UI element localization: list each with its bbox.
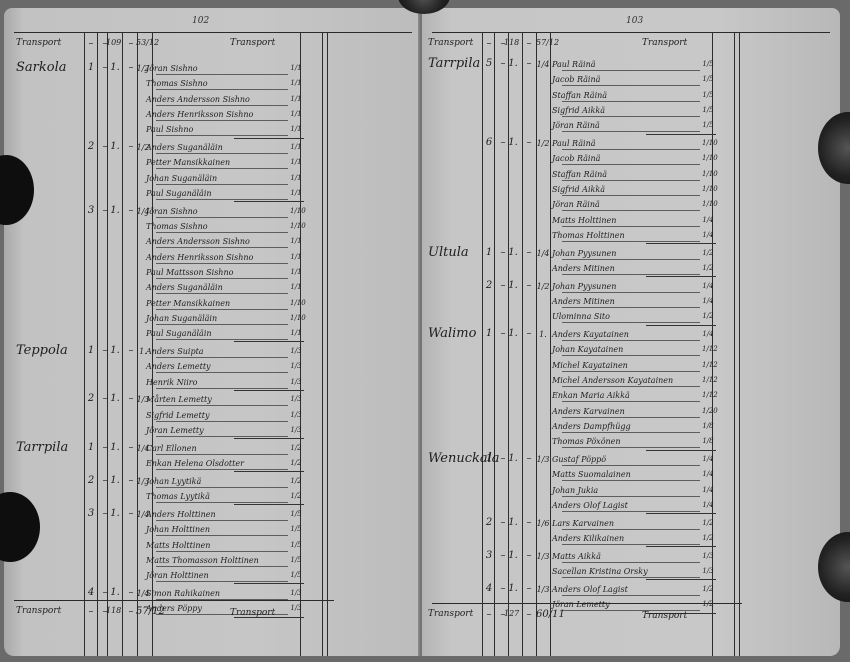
- person-name: Anders Suipta: [146, 347, 204, 356]
- leader-line: [156, 535, 288, 536]
- tax-share: 1/1: [290, 329, 302, 337]
- leader-line: [562, 180, 700, 181]
- leader-line: [562, 577, 700, 578]
- column-value: 1.: [506, 247, 520, 258]
- column-value: 1.: [108, 508, 122, 519]
- farm-number: 1: [482, 453, 496, 464]
- tax-share: 1/3: [290, 347, 302, 355]
- tax-share: 1/20: [702, 407, 714, 415]
- leader-line: [562, 386, 700, 387]
- group-bracket: [646, 546, 716, 547]
- leader-line: [562, 164, 700, 165]
- group-bracket: [646, 276, 716, 277]
- leader-line: [156, 599, 288, 600]
- transport-label: Transport: [16, 38, 61, 48]
- leader-line: [562, 562, 700, 563]
- group-bracket: [234, 201, 304, 202]
- person-name: Anders Lemetty: [146, 362, 211, 371]
- tax-share: 1/3: [702, 567, 714, 575]
- farm-number: 3: [84, 205, 98, 216]
- tax-share: 1/1: [290, 64, 302, 72]
- person-name: Petter Mansikkainen: [146, 158, 230, 167]
- person-name: Anders Olof Lagist: [552, 501, 628, 510]
- tax-share: 1/2: [702, 519, 714, 527]
- person-name: Jacob Räinä: [552, 75, 600, 84]
- leader-line: [562, 371, 700, 372]
- tax-share: 1/1: [290, 189, 302, 197]
- column-value: 1.: [506, 280, 520, 291]
- tax-share: 1/1: [290, 253, 302, 261]
- tax-share: 1/3: [702, 552, 714, 560]
- fraction-value: 1.: [536, 330, 550, 339]
- column-value: –: [482, 609, 496, 620]
- leader-line: [562, 195, 700, 196]
- person-name: Johan Jukia: [552, 486, 598, 495]
- village-name: Sarkola: [16, 60, 66, 75]
- column-value: –: [522, 609, 536, 620]
- group-bracket: [646, 243, 716, 244]
- tax-share: 1/2: [290, 459, 302, 467]
- group-bracket: [646, 513, 716, 514]
- column-value: 118: [106, 606, 120, 615]
- column-value: –: [522, 247, 536, 258]
- tax-share: 1/4: [702, 455, 714, 463]
- column-value: 1.: [108, 62, 122, 73]
- group-bracket: [234, 504, 304, 505]
- leader-line: [562, 259, 700, 260]
- tax-share: 1/1: [290, 268, 302, 276]
- person-name: Sigfrid Lemetty: [146, 411, 209, 420]
- leader-line: [562, 496, 700, 497]
- tax-share: 1/5: [702, 75, 714, 83]
- leader-line: [562, 149, 700, 150]
- person-name: Johan Kayatainen: [552, 345, 623, 354]
- person-name: Anders Karvainen: [552, 407, 625, 416]
- leader-line: [562, 85, 700, 86]
- tax-share: 1/1: [290, 125, 302, 133]
- tax-share: 1/5: [290, 571, 302, 579]
- leader-line: [156, 168, 288, 169]
- tax-share: 1/5: [702, 91, 714, 99]
- column-value: 118: [504, 38, 518, 47]
- column-value: –: [522, 58, 536, 69]
- person-name: Thomas Sishno: [146, 79, 208, 88]
- person-name: Johan Pyysunen: [552, 282, 616, 291]
- farm-number: 5: [482, 58, 496, 69]
- leader-line: [562, 340, 700, 341]
- leader-line: [562, 274, 700, 275]
- column-value: 1.: [108, 587, 122, 598]
- column-rule: [522, 32, 523, 656]
- person-name: Enkan Maria Aikkä: [552, 391, 630, 400]
- person-name: Anders Mitinen: [552, 297, 615, 306]
- leader-line: [156, 263, 288, 264]
- leader-line: [562, 432, 700, 433]
- person-name: Johan Holttinen: [146, 525, 210, 534]
- person-name: Gustaf Pöppö: [552, 455, 606, 464]
- column-rule: [327, 32, 328, 656]
- leader-line: [156, 217, 288, 218]
- farm-number: 3: [84, 508, 98, 519]
- leader-line: [562, 447, 700, 448]
- person-name: Matts Thomasson Holttinen: [146, 556, 259, 565]
- column-rule: [508, 32, 509, 656]
- page-number: 102: [192, 16, 209, 26]
- person-name: Matts Holttinen: [552, 216, 616, 225]
- tax-share: 1/10: [702, 154, 714, 162]
- transport-label: Transport: [642, 38, 687, 48]
- leader-line: [156, 74, 288, 75]
- tax-share: 1/2: [702, 600, 714, 608]
- tax-share: 1/8: [702, 437, 714, 445]
- leader-line: [562, 307, 700, 308]
- tax-share: 1/1: [290, 283, 302, 291]
- fraction-value: 1/6: [536, 519, 550, 528]
- tax-share: 1/1: [290, 110, 302, 118]
- person-name: Anders Henriksson Sishno: [146, 110, 253, 119]
- leader-line: [562, 401, 700, 402]
- person-name: Anders Suganäläin: [146, 143, 223, 152]
- tax-share: 1/10: [290, 314, 302, 322]
- column-rule: [536, 32, 537, 656]
- column-value: –: [522, 137, 536, 148]
- leader-line: [156, 89, 288, 90]
- fraction-value: 60/11: [536, 609, 550, 620]
- farm-number: 1: [482, 247, 496, 258]
- column-value: –: [522, 328, 536, 339]
- group-bracket: [234, 390, 304, 391]
- column-rule: [322, 32, 323, 656]
- leader-line: [156, 405, 288, 406]
- farm-number: 3: [482, 550, 496, 561]
- village-name: Ultula: [428, 245, 469, 260]
- farm-number: 1: [84, 345, 98, 356]
- farm-number: 1: [84, 442, 98, 453]
- person-name: Anders Suganäläin: [146, 283, 223, 292]
- farm-number: 4: [482, 583, 496, 594]
- column-value: –: [84, 38, 98, 49]
- village-name: Teppola: [16, 343, 68, 358]
- column-rule: [734, 32, 735, 656]
- column-value: –: [522, 517, 536, 528]
- farm-number: 2: [482, 280, 496, 291]
- leader-line: [562, 116, 700, 117]
- farm-number: 2: [84, 393, 98, 404]
- tax-share: 1/1: [290, 79, 302, 87]
- leader-line: [156, 278, 288, 279]
- person-name: Jöran Lemetty: [552, 600, 610, 609]
- leader-line: [562, 544, 700, 545]
- tax-share: 1/4: [702, 297, 714, 305]
- tax-share: 1/5: [290, 510, 302, 518]
- leader-line: [562, 355, 700, 356]
- person-name: Anders Mitinen: [552, 264, 615, 273]
- tax-share: 1/1: [290, 143, 302, 151]
- tax-share: 1/4: [702, 231, 714, 239]
- leader-line: [562, 70, 700, 71]
- person-name: Mårten Lemetty: [146, 395, 212, 404]
- person-name: Simon Rahikainen: [146, 589, 220, 598]
- tax-share: 1/4: [702, 470, 714, 478]
- person-name: Jacob Räinä: [552, 154, 600, 163]
- tax-share: 1/3: [290, 362, 302, 370]
- person-name: Johan Pyysunen: [552, 249, 616, 258]
- document-spread: 102Transport––109–53/12TransportSarkola1…: [0, 0, 850, 662]
- person-name: Johan Suganäläin: [146, 174, 217, 183]
- fraction-value: 53/12: [136, 38, 150, 47]
- column-value: 109: [106, 38, 120, 47]
- leader-line: [156, 520, 288, 521]
- person-name: Anders Andersson Sishno: [146, 95, 250, 104]
- group-bracket: [234, 341, 304, 342]
- fraction-value: 1/3: [536, 552, 550, 561]
- farm-number: 2: [84, 475, 98, 486]
- leader-line: [156, 153, 288, 154]
- fraction-value: 1/3: [536, 455, 550, 464]
- column-value: –: [522, 583, 536, 594]
- tax-share: 1/2: [702, 312, 714, 320]
- person-name: Staffan Räinä: [552, 170, 607, 179]
- leader-line: [562, 101, 700, 102]
- person-name: Jöran Sishno: [146, 207, 198, 216]
- tax-share: 1/2: [290, 477, 302, 485]
- tax-share: 1/2: [290, 444, 302, 452]
- tax-share: 1/12: [702, 345, 714, 353]
- person-name: Paul Räinä: [552, 60, 596, 69]
- tax-share: 1/3: [290, 589, 302, 597]
- farm-number: 6: [482, 137, 496, 148]
- village-name: Walimo: [428, 326, 476, 341]
- tax-share: 1/3: [290, 395, 302, 403]
- tax-share: 1/10: [702, 170, 714, 178]
- column-value: –: [84, 606, 98, 617]
- person-name: Sacellan Kristina Orsky: [552, 567, 648, 576]
- leader-line: [156, 454, 288, 455]
- tax-share: 1/4: [702, 216, 714, 224]
- transport-label: Transport: [230, 38, 275, 48]
- person-name: Jöran Sishno: [146, 64, 198, 73]
- tax-share: 1/3: [290, 604, 302, 612]
- column-rule: [550, 32, 551, 656]
- village-name: Tarrpila: [16, 440, 68, 455]
- leader-line: [562, 292, 700, 293]
- leader-line: [156, 184, 288, 185]
- tax-share: 1/5: [290, 556, 302, 564]
- tax-share: 1/5: [290, 525, 302, 533]
- tax-share: 1/10: [290, 207, 302, 215]
- leader-line: [562, 241, 700, 242]
- leader-line: [156, 293, 288, 294]
- leader-line: [156, 324, 288, 325]
- leader-line: [156, 581, 288, 582]
- tax-share: 1/3: [290, 378, 302, 386]
- leader-line: [156, 339, 288, 340]
- column-rule: [739, 32, 740, 656]
- leader-line: [156, 199, 288, 200]
- transport-label: Transport: [428, 609, 473, 619]
- person-name: Johan Suganäläin: [146, 314, 217, 323]
- person-name: Jöran Holttinen: [146, 571, 209, 580]
- tax-share: 1/2: [702, 264, 714, 272]
- leader-line: [156, 105, 288, 106]
- leader-line: [156, 502, 288, 503]
- person-name: Sigfrid Aikkä: [552, 185, 605, 194]
- fraction-value: 1/4: [536, 60, 550, 69]
- tax-share: 1/5: [290, 541, 302, 549]
- leader-line: [562, 210, 700, 211]
- column-value: –: [522, 38, 536, 49]
- leader-line: [156, 551, 288, 552]
- leader-line: [562, 226, 700, 227]
- leader-line: [156, 309, 288, 310]
- person-name: Carl Ellonen: [146, 444, 197, 453]
- person-name: Michel Kayatainen: [552, 361, 628, 370]
- tax-share: 1/3: [290, 426, 302, 434]
- tax-share: 1/3: [290, 411, 302, 419]
- person-name: Paul Suganäläin: [146, 329, 212, 338]
- leader-line: [156, 357, 288, 358]
- tax-share: 1/10: [290, 222, 302, 230]
- person-name: Sigfrid Aikkä: [552, 106, 605, 115]
- person-name: Johan Lyytikä: [146, 477, 201, 486]
- leader-line: [156, 135, 288, 136]
- person-name: Henrik Niiro: [146, 378, 197, 387]
- group-bracket: [646, 134, 716, 135]
- column-value: 1.: [506, 137, 520, 148]
- tax-share: 1/2: [702, 585, 714, 593]
- left-page: 102Transport––109–53/12TransportSarkola1…: [4, 8, 422, 656]
- tax-share: 1/5: [702, 106, 714, 114]
- column-value: –: [482, 38, 496, 49]
- column-value: 1.: [108, 442, 122, 453]
- tax-share: 1/10: [702, 139, 714, 147]
- column-value: 1.: [506, 58, 520, 69]
- column-value: –: [522, 550, 536, 561]
- group-bracket: [234, 438, 304, 439]
- person-name: Anders Holttinen: [146, 510, 216, 519]
- page-number: 103: [626, 16, 643, 26]
- person-name: Matts Suomalainen: [552, 470, 631, 479]
- person-name: Staffan Räinä: [552, 91, 607, 100]
- tax-share: 1/8: [702, 422, 714, 430]
- person-name: Anders Andersson Sishno: [146, 237, 250, 246]
- leader-line: [562, 322, 700, 323]
- person-name: Thomas Holttinen: [552, 231, 625, 240]
- leader-line: [156, 421, 288, 422]
- person-name: Ulominna Sito: [552, 312, 610, 321]
- column-value: 127: [504, 609, 518, 618]
- transport-label: Transport: [16, 606, 61, 616]
- tax-share: 1/4: [702, 330, 714, 338]
- tax-share: 1/10: [702, 185, 714, 193]
- column-value: 1.: [506, 328, 520, 339]
- tax-share: 1/4: [702, 486, 714, 494]
- tax-share: 1/2: [702, 534, 714, 542]
- leader-line: [562, 595, 700, 596]
- column-value: –: [522, 453, 536, 464]
- transport-label: Transport: [428, 38, 473, 48]
- person-name: Matts Holttinen: [146, 541, 210, 550]
- person-name: Jöran Räinä: [552, 200, 600, 209]
- leader-line: [562, 511, 700, 512]
- farm-number: 1: [482, 328, 496, 339]
- person-name: Enkan Helena Olsdotter: [146, 459, 244, 468]
- person-name: Petter Mansikkainen: [146, 299, 230, 308]
- transport-label: Transport: [230, 608, 275, 618]
- column-value: 1.: [506, 517, 520, 528]
- person-name: Paul Suganäläin: [146, 189, 212, 198]
- fraction-value: 1/2: [536, 139, 550, 148]
- column-rule: [122, 32, 123, 656]
- person-name: Thomas Sishno: [146, 222, 208, 231]
- tax-share: 1/12: [702, 361, 714, 369]
- person-name: Paul Sishno: [146, 125, 193, 134]
- person-name: Paul Räinä: [552, 139, 596, 148]
- column-value: 1.: [108, 141, 122, 152]
- tax-share: 1/12: [702, 391, 714, 399]
- column-value: 1.: [506, 453, 520, 464]
- group-bracket: [234, 138, 304, 139]
- leader-line: [156, 487, 288, 488]
- person-name: Jöran Räinä: [552, 121, 600, 130]
- person-name: Lars Karvainen: [552, 519, 614, 528]
- column-value: 1.: [506, 583, 520, 594]
- farm-number: 2: [482, 517, 496, 528]
- person-name: Matts Aikkä: [552, 552, 601, 561]
- person-name: Thomas Lyytikä: [146, 492, 210, 501]
- farm-number: 4: [84, 587, 98, 598]
- person-name: Anders Kilikainen: [552, 534, 624, 543]
- tax-share: 1/5: [702, 121, 714, 129]
- leader-line: [562, 480, 700, 481]
- leader-line: [562, 417, 700, 418]
- group-bracket: [646, 579, 716, 580]
- leader-line: [562, 131, 700, 132]
- tax-share: 1/1: [290, 95, 302, 103]
- person-name: Michel Andersson Kayatainen: [552, 376, 673, 385]
- group-bracket: [646, 450, 716, 451]
- right-page: 103Transport––118–57/12TransportTarrpila…: [422, 8, 840, 656]
- person-name: Anders Henriksson Sishno: [146, 253, 253, 262]
- group-bracket: [234, 583, 304, 584]
- person-name: Jöran Lemetty: [146, 426, 204, 435]
- column-value: 1.: [108, 345, 122, 356]
- fraction-value: 57/12: [136, 606, 150, 617]
- person-name: Paul Mattsson Sishno: [146, 268, 233, 277]
- leader-line: [562, 465, 700, 466]
- leader-line: [156, 388, 288, 389]
- tax-share: 1/4: [702, 282, 714, 290]
- farm-number: 2: [84, 141, 98, 152]
- column-value: 1.: [108, 475, 122, 486]
- column-rule: [494, 32, 495, 656]
- leader-line: [562, 529, 700, 530]
- tax-share: 1/1: [290, 237, 302, 245]
- farm-number: 1: [84, 62, 98, 73]
- transport-label: Transport: [642, 611, 687, 621]
- column-value: 1.: [108, 393, 122, 404]
- leader-line: [156, 120, 288, 121]
- fraction-value: 1/3: [536, 585, 550, 594]
- tax-share: 1/1: [290, 158, 302, 166]
- tax-share: 1/10: [702, 200, 714, 208]
- group-bracket: [646, 325, 716, 326]
- tax-share: 1/2: [702, 249, 714, 257]
- tax-share: 1/10: [290, 299, 302, 307]
- leader-line: [156, 469, 288, 470]
- tax-share: 1/2: [290, 492, 302, 500]
- tax-share: 1/1: [290, 174, 302, 182]
